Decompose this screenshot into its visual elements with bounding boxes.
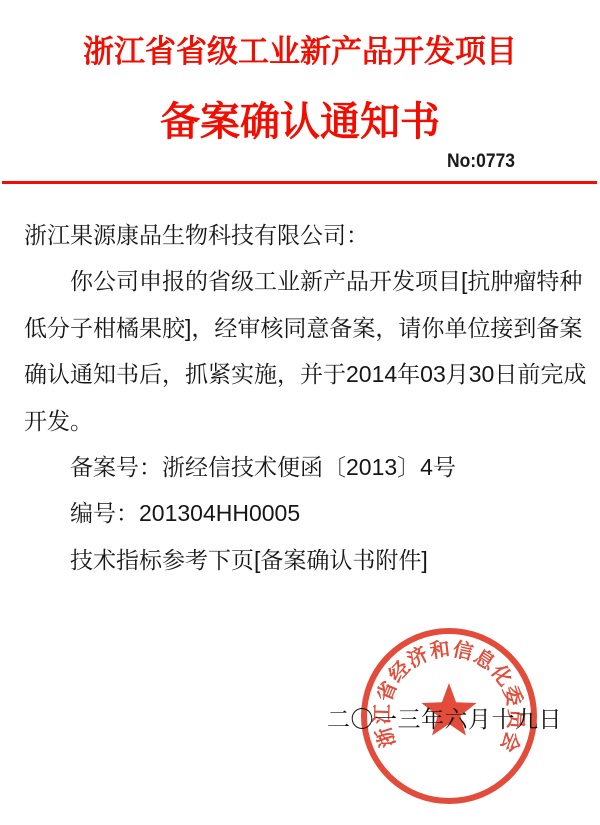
addressee-line: 浙江果源康品生物科技有限公司：: [24, 212, 584, 258]
tech-spec-note-line: 技术指标参考下页[备案确认书附件]: [24, 537, 584, 583]
document-body: 浙江果源康品生物科技有限公司： 你公司申报的省级工业新产品开发项目[抗肿瘤特种 …: [24, 212, 584, 583]
issue-date: 二〇一三年六月十九日: [327, 701, 562, 734]
document-title-line2: 备案确认通知书: [0, 90, 600, 147]
paragraph-line-1: 你公司申报的省级工业新产品开发项目[抗肿瘤特种: [24, 258, 584, 304]
paragraph-line-4: 开发。: [24, 398, 584, 444]
record-number-line: 备案号：浙经信技术便函〔2013〕4号: [24, 444, 584, 490]
serial-number-line: 编号：201304HH0005: [24, 490, 584, 536]
header-divider-rule: [2, 181, 597, 184]
paragraph-line-3: 确认通知书后，抓紧实施，并于2014年03月30日前完成: [24, 351, 584, 397]
document-page: 浙江省省级工业新产品开发项目 备案确认通知书 No:0773 浙江果源康品生物科…: [0, 0, 600, 825]
document-title-line1: 浙江省省级工业新产品开发项目: [0, 26, 600, 71]
document-number: No:0773: [447, 151, 515, 173]
paragraph-line-2: 低分子柑橘果胶]，经审核同意备案，请你单位接到备案: [24, 305, 584, 351]
